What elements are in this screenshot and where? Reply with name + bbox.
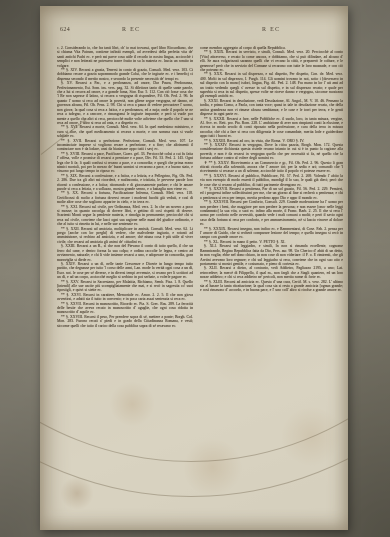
scan-background: 624 R EC R EC c. 2. Considerando io, che… bbox=[0, 0, 390, 537]
book-page: 624 R EC R EC c. 2. Considerando io, che… bbox=[40, 6, 348, 530]
compass-circle-mark-outer bbox=[40, 6, 348, 497]
